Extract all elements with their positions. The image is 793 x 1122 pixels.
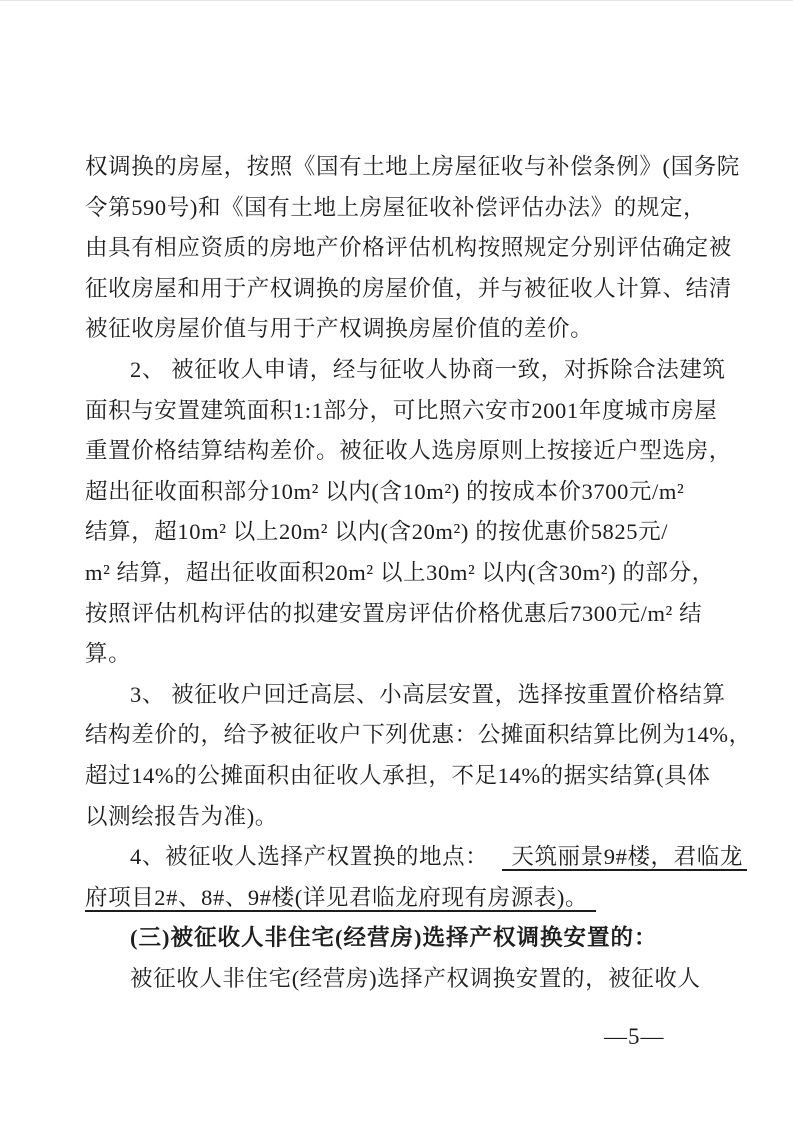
text-line: 被征收人非住宅(经营房)选择产权调换安置的，被征收人 [85, 959, 725, 1000]
text-line: 超出征收面积部分10m² 以内(含10m²) 的按成本价3700元/m² [85, 472, 725, 513]
document-page: 权调换的房屋，按照《国有土地上房屋征收与补偿条例》(国务院 令第590号)和《国… [0, 0, 793, 1122]
text-line: 面积与安置建筑面积1:1部分，可比照六安市2001年度城市房屋 [85, 391, 725, 432]
text-line: 令第590号)和《国有土地上房屋征收补偿评估办法》的规定， [85, 188, 725, 229]
text-line: 超过14%的公摊面积由征收人承担，不足14%的据实结算(具体 [85, 756, 725, 797]
text-line: 重置价格结算结构差价。被征收人选房原则上按接近户型选房， [85, 431, 725, 472]
text-line: 算。 [85, 634, 725, 675]
text-line: 结算，超10m² 以上20m² 以内(含20m²) 的按优惠价5825元/ [85, 512, 725, 553]
text-line: 以测绘报告为准)。 [85, 797, 725, 838]
text-line: 由具有相应资质的房地产价格评估机构按照规定分别评估确定被 [85, 228, 725, 269]
text-line: m² 结算，超出征收面积20m² 以上30m² 以内(含30m²) 的部分， [85, 553, 725, 594]
filled-blank-underlined-text: 天筑丽景9#楼，君临龙 [502, 844, 747, 871]
text-line: 被征收房屋价值与用于产权调换房屋价值的差价。 [85, 309, 725, 350]
text-line: 2、 被征收人申请，经与征收人协商一致，对拆除合法建筑 [85, 350, 725, 391]
text-line-with-filled-blank: 4、被征收人选择产权置换的地点：天筑丽景9#楼，君临龙 [85, 837, 725, 878]
page-number: —5— [604, 1024, 665, 1050]
text-line: 结构差价的，给予被征收户下列优惠：公摊面积结算比例为14%， [85, 715, 725, 756]
filled-blank-underlined-text: 府项目2#、8#、9#楼(详见君临龙府现有房源表)。 [85, 885, 596, 912]
text-line: 征收房屋和用于产权调换的房屋价值，并与被征收人计算、结清 [85, 269, 725, 310]
text-line: 按照评估机构评估的拟建安置房评估价格优惠后7300元/m² 结 [85, 594, 725, 635]
section-heading: (三)被征收人非住宅(经营房)选择产权调换安置的： [85, 918, 725, 959]
document-body: 权调换的房屋，按照《国有土地上房屋征收与补偿条例》(国务院 令第590号)和《国… [85, 147, 725, 999]
text-line-with-filled-blank: 府项目2#、8#、9#楼(详见君临龙府现有房源表)。 [85, 878, 725, 919]
text-segment: 4、被征收人选择产权置换的地点： [130, 844, 488, 869]
text-line: 权调换的房屋，按照《国有土地上房屋征收与补偿条例》(国务院 [85, 147, 725, 188]
text-line: 3、 被征收户回迁高层、小高层安置，选择按重置价格结算 [85, 675, 725, 716]
